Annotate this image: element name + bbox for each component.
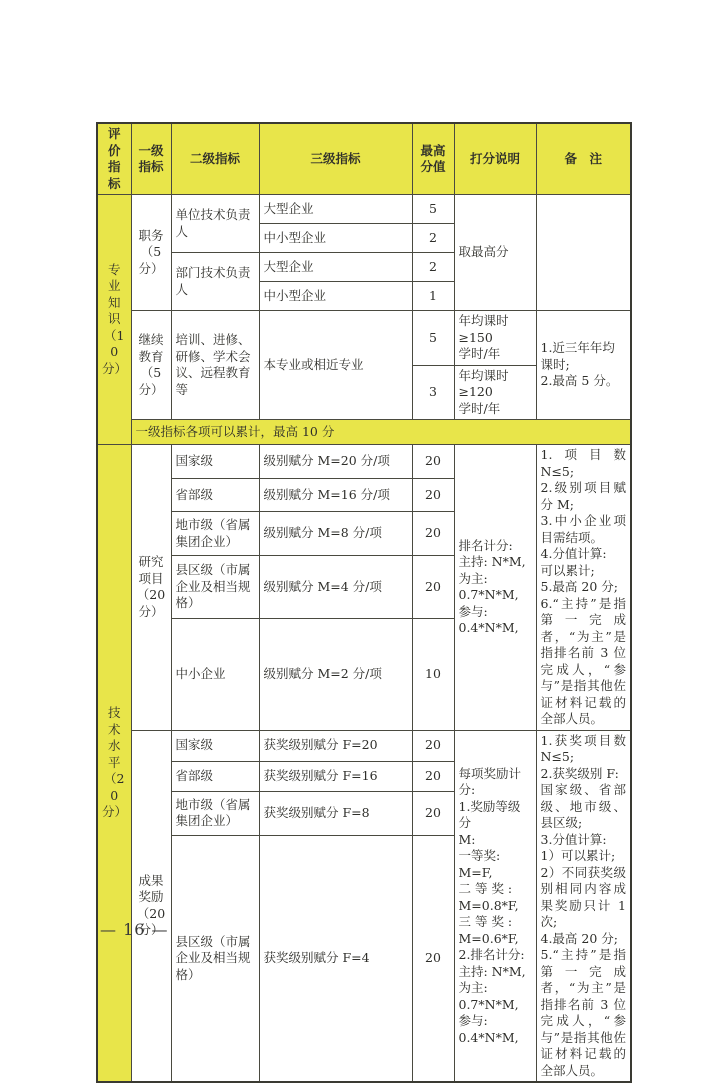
section-summary-row: 一级指标各项可以累计，最高 10 分 — [97, 420, 631, 445]
remark-continuing-education: 1.近三年年均课时; 2.最高 5 分。 — [536, 311, 631, 420]
score-cell: 1 — [412, 282, 454, 311]
level2-national: 国家级 — [171, 445, 259, 479]
score-cell: 10 — [412, 619, 454, 730]
score-cell: 20 — [412, 835, 454, 1082]
level3-sme-enterprise: 中小型企业 — [259, 224, 412, 253]
level3-award-f8: 获奖级别赋分 F=8 — [259, 791, 412, 835]
table-header-row: 评价 指标 一级 指标 二级指标 三级指标 最高 分值 打分说明 备 注 — [97, 123, 631, 195]
level2-county: 县区级（市属企业及相当规格） — [171, 556, 259, 619]
remark-research-projects: 1.项目数 N≤5; 2.级别项目赋分 M; 3.中小企业项目需结项。 4.分值… — [536, 445, 631, 731]
score-cell: 20 — [412, 556, 454, 619]
table-row: 专业 知识 （10 分） 职务 （5 分） 单位技术负责人 大型企业 5 取最高… — [97, 195, 631, 224]
header-level1-indicator: 一级 指标 — [131, 123, 171, 195]
score-cell: 2 — [412, 253, 454, 282]
level2-provincial: 省部级 — [171, 761, 259, 791]
scoring-hours-150: 年均课时≥150 学时/年 — [454, 311, 536, 366]
level3-points-m8: 级别赋分 M=8 分/项 — [259, 512, 412, 556]
scoring-take-highest: 取最高分 — [454, 195, 536, 311]
level1-research-projects: 研究 项目 （20 分） — [131, 445, 171, 731]
header-scoring-explanation: 打分说明 — [454, 123, 536, 195]
level2-national: 国家级 — [171, 730, 259, 761]
header-remarks: 备 注 — [536, 123, 631, 195]
score-cell: 20 — [412, 445, 454, 479]
level3-same-or-similar-major: 本专业或相近专业 — [259, 311, 412, 420]
score-cell: 20 — [412, 761, 454, 791]
level2-provincial: 省部级 — [171, 478, 259, 512]
level2-dept-tech-leader: 部门技术负责人 — [171, 253, 259, 311]
table-row: 成果 奖励 （20 分） 国家级 获奖级别赋分 F=20 20 每项奖励计分: … — [97, 730, 631, 761]
page-number: — 16 — — [100, 920, 169, 939]
level3-large-enterprise: 大型企业 — [259, 253, 412, 282]
document-page: { "colors": { "header_yellow": "#e8e54a"… — [0, 0, 724, 1024]
scoring-award-calculation: 每项奖励计分: 1.奖励等级分 M: 一等奖: M=F, 二 等 奖 : M=0… — [454, 730, 536, 1082]
table-row: 技术 水平 （20 分） 研究 项目 （20 分） 国家级 级别赋分 M=20 … — [97, 445, 631, 479]
remark-achievement-awards: 1.获奖项目数 N≤5; 2.获奖级别 F: 国家级、省部级、地市级、县区级; … — [536, 730, 631, 1082]
section-label-technical-level: 技术 水平 （20 分） — [97, 445, 131, 1083]
score-cell: 2 — [412, 224, 454, 253]
level1-continuing-education: 继续 教育 （5 分） — [131, 311, 171, 420]
scoring-hours-120: 年均课时≥120 学时/年 — [454, 365, 536, 420]
scoring-research-ranking: 排名计分: 主持: N*M, 为主: 0.7*N*M, 参与: 0.4*N*M, — [454, 445, 536, 731]
score-cell: 5 — [412, 195, 454, 224]
level2-training-types: 培训、进修、研修、学术会议、远程教育等 — [171, 311, 259, 420]
level2-unit-tech-leader: 单位技术负责人 — [171, 195, 259, 253]
score-cell: 20 — [412, 791, 454, 835]
header-level2-indicator: 二级指标 — [171, 123, 259, 195]
level3-points-m16: 级别赋分 M=16 分/项 — [259, 478, 412, 512]
remark-empty — [536, 195, 631, 311]
level3-large-enterprise: 大型企业 — [259, 195, 412, 224]
score-cell: 20 — [412, 730, 454, 761]
score-cell: 20 — [412, 478, 454, 512]
header-level3-indicator: 三级指标 — [259, 123, 412, 195]
score-cell: 5 — [412, 311, 454, 366]
level3-points-m2: 级别赋分 M=2 分/项 — [259, 619, 412, 730]
score-cell: 20 — [412, 512, 454, 556]
summary-cumulative-note: 一级指标各项可以累计，最高 10 分 — [131, 420, 631, 445]
level1-achievement-awards: 成果 奖励 （20 分） — [131, 730, 171, 1082]
level3-points-m4: 级别赋分 M=4 分/项 — [259, 556, 412, 619]
header-eval-indicator: 评价 指标 — [97, 123, 131, 195]
level2-municipal: 地市级（省属集团企业） — [171, 512, 259, 556]
level3-points-m20: 级别赋分 M=20 分/项 — [259, 445, 412, 479]
level2-sme: 中小企业 — [171, 619, 259, 730]
table-row: 继续 教育 （5 分） 培训、进修、研修、学术会议、远程教育等 本专业或相近专业… — [97, 311, 631, 366]
header-max-score: 最高 分值 — [412, 123, 454, 195]
level2-county: 县区级（市属企业及相当规格） — [171, 835, 259, 1082]
evaluation-criteria-table: 评价 指标 一级 指标 二级指标 三级指标 最高 分值 打分说明 备 注 专业 … — [96, 122, 632, 1083]
level3-sme-enterprise: 中小型企业 — [259, 282, 412, 311]
level1-duty: 职务 （5 分） — [131, 195, 171, 311]
level3-award-f20: 获奖级别赋分 F=20 — [259, 730, 412, 761]
section-label-professional-knowledge: 专业 知识 （10 分） — [97, 195, 131, 445]
level3-award-f16: 获奖级别赋分 F=16 — [259, 761, 412, 791]
level2-municipal: 地市级（省属集团企业） — [171, 791, 259, 835]
level3-award-f4: 获奖级别赋分 F=4 — [259, 835, 412, 1082]
score-cell: 3 — [412, 365, 454, 420]
